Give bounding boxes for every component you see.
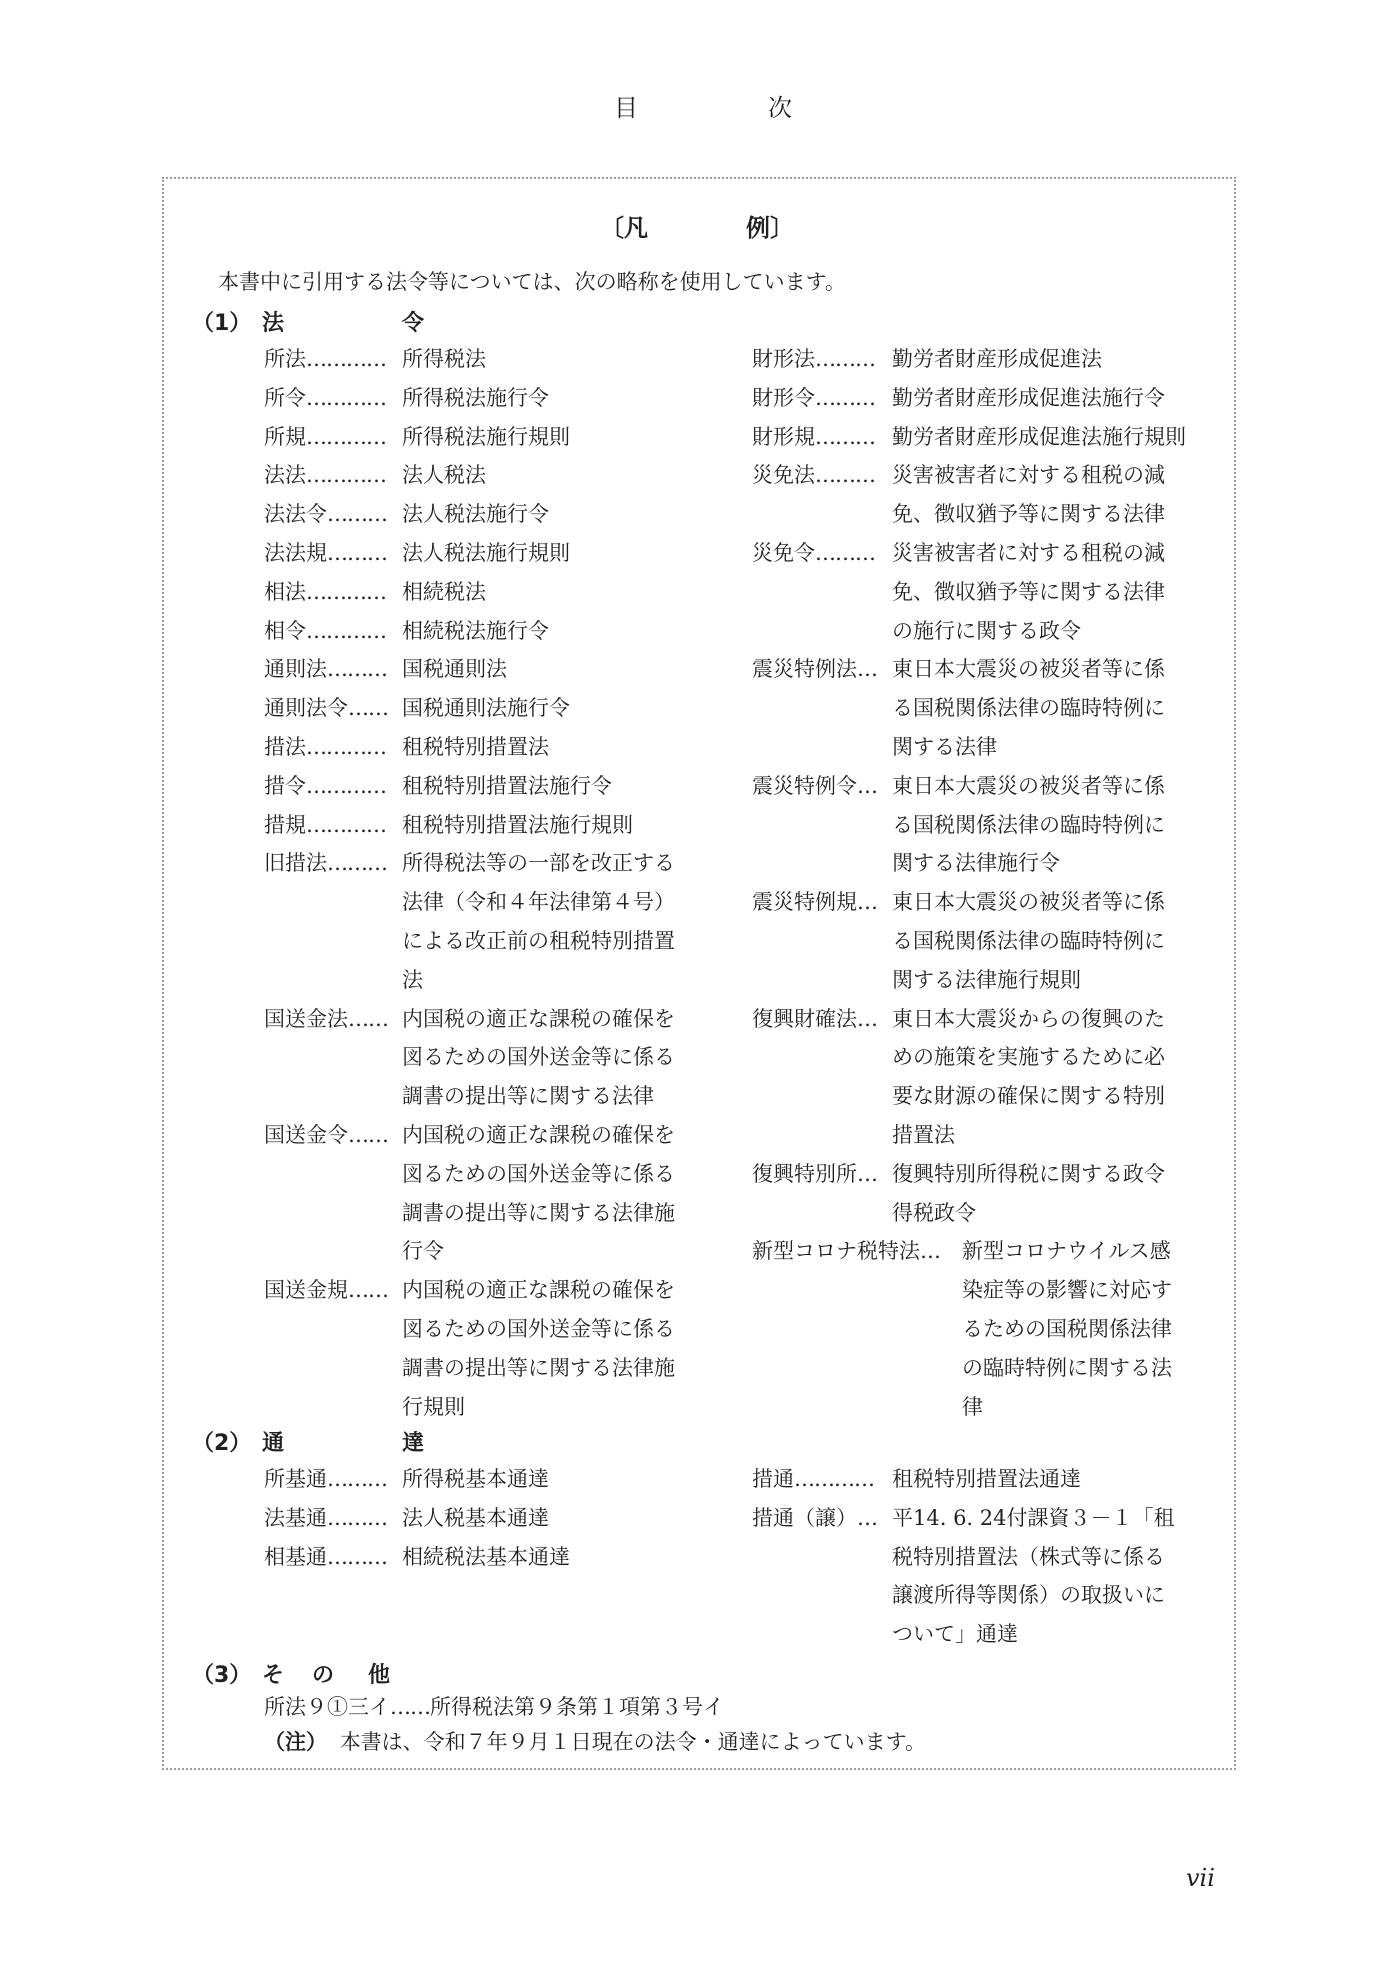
entry-abbr: 措通 [752, 1464, 794, 1494]
entry-definition-line: 災害被害者に対する租税の減 [892, 538, 1165, 568]
entry-leader-dots: ………… [306, 771, 386, 801]
entry-leader-dots: ……… [327, 848, 387, 878]
entry-definition-line: るための国税関係法律 [962, 1314, 1172, 1344]
abbreviation-entry: 所令………… [264, 383, 386, 413]
abbreviation-entry: 措通………… [752, 1464, 874, 1494]
entry-definition-line: 律 [962, 1392, 983, 1422]
section-heading-char: 達 [402, 1426, 424, 1457]
entry-leader-dots: … [857, 1159, 877, 1189]
entry-definition-line: ついて」通達 [892, 1619, 1018, 1649]
entry-leader-dots: ……… [815, 344, 875, 374]
abbreviation-entry: 財形令……… [752, 383, 875, 413]
entry-leader-dots: ………… [306, 344, 386, 374]
entry-abbr: 国送金規 [264, 1275, 348, 1305]
entry-leader-dots: ……… [815, 538, 875, 568]
entry-definition-line: 東日本大震災の被災者等に係 [892, 654, 1165, 684]
legend-title-char-1: 〔凡 [600, 208, 648, 243]
entry-definition-line: 法律（令和４年法律第４号） [402, 887, 675, 917]
abbreviation-entry: 災免法……… [752, 460, 875, 490]
abbreviation-entry: 災免令……… [752, 538, 875, 568]
abbreviation-entry: 復興財確法… [752, 1004, 877, 1034]
entry-definition-line: 法人税法 [402, 460, 486, 490]
other-example: 所法９①三イ……所得税法第９条第１項第３号イ [264, 1692, 724, 1722]
entry-abbr: 国送金令 [264, 1120, 348, 1150]
entry-definition-line: 復興特別所得税に関する政令 [892, 1159, 1165, 1189]
entry-abbr: 新型コロナ税特法 [752, 1236, 920, 1266]
abbreviation-entry: 法基通……… [264, 1503, 387, 1533]
entry-definition-line: 法人税法施行規則 [402, 538, 570, 568]
entry-definition-line: 法人税基本通達 [402, 1503, 549, 1533]
entry-definition-line: 図るための国外送金等に係る [402, 1314, 675, 1344]
entry-abbr: 法法規 [264, 538, 327, 568]
note-text: 本書は、令和７年９月１日現在の法令・通達によっています。 [340, 1730, 926, 1754]
abbreviation-entry: 措令………… [264, 771, 386, 801]
entry-abbr: 所法 [264, 344, 306, 374]
entry-leader-dots: ……… [815, 422, 875, 452]
entry-abbr: 震災特例規 [752, 887, 857, 917]
entry-definition-line: 措置法 [892, 1120, 955, 1150]
entry-abbr: 所令 [264, 383, 306, 413]
entry-leader-dots: … [857, 887, 877, 917]
entry-definition-line: る国税関係法律の臨時特例に [892, 810, 1165, 840]
entry-abbr: 旧措法 [264, 848, 327, 878]
abbreviation-entry: 旧措法……… [264, 848, 387, 878]
entry-definition-line: 東日本大震災の被災者等に係 [892, 771, 1165, 801]
entry-leader-dots: ………… [306, 577, 386, 607]
entry-abbr: 相法 [264, 577, 306, 607]
entry-abbr: 震災特例法 [752, 654, 857, 684]
example-abbr: 所法９①三イ [264, 1695, 390, 1719]
entry-leader-dots: …… [348, 1275, 388, 1305]
entry-definition-line: 得税政令 [892, 1198, 976, 1228]
entry-definition-line: 東日本大震災の被災者等に係 [892, 887, 1165, 917]
entry-definition-line: 相続税法 [402, 577, 486, 607]
entry-leader-dots: ……… [327, 1503, 387, 1533]
entry-definition-line: 国税通則法 [402, 654, 507, 684]
abbreviation-entry: 国送金規…… [264, 1275, 388, 1305]
entry-abbr: 通則法令 [264, 693, 348, 723]
entry-definition-line: 所得税法 [402, 344, 486, 374]
entry-abbr: 震災特例令 [752, 771, 857, 801]
entry-definition-line: 税特別措置法（株式等に係る [892, 1542, 1165, 1572]
entry-leader-dots: ……… [327, 538, 387, 568]
entry-leader-dots: ………… [306, 732, 386, 762]
note: （注） 本書は、令和７年９月１日現在の法令・通達によっています。 [264, 1726, 926, 1756]
entry-definition-line: 内国税の適正な課税の確保を [402, 1120, 675, 1150]
entry-abbr: 措法 [264, 732, 306, 762]
entry-abbr: 災免令 [752, 538, 815, 568]
entry-definition-line: 譲渡所得等関係）の取扱いに [892, 1580, 1165, 1610]
abbreviation-entry: 相基通……… [264, 1542, 387, 1572]
entry-definition-line: 内国税の適正な課税の確保を [402, 1004, 675, 1034]
entry-leader-dots: ……… [327, 499, 387, 529]
abbreviation-entry: 相令………… [264, 616, 386, 646]
abbreviation-entry: 相法………… [264, 577, 386, 607]
entry-abbr: 法基通 [264, 1503, 327, 1533]
entry-definition-line: による改正前の租税特別措置 [402, 926, 675, 956]
entry-definition-line: 関する法律 [892, 732, 997, 762]
entry-abbr: 復興財確法 [752, 1004, 857, 1034]
abbreviation-entry: 所法………… [264, 344, 386, 374]
section-number: （2） [192, 1426, 251, 1457]
entry-definition-line: 関する法律施行令 [892, 848, 1060, 878]
entry-abbr: 通則法 [264, 654, 327, 684]
intro-text: 本書中に引用する法令等については、次の略称を使用しています。 [218, 266, 846, 296]
section-heading-char: の [312, 1658, 334, 1689]
entry-definition-line: 法人税法施行令 [402, 499, 549, 529]
abbreviation-entry: 新型コロナ税特法… [752, 1236, 940, 1266]
entry-leader-dots: ………… [306, 460, 386, 490]
entry-definition-line: 所得税基本通達 [402, 1464, 549, 1494]
entry-definition-line: 勤労者財産形成促進法施行規則 [892, 422, 1186, 452]
entry-leader-dots: … [857, 771, 877, 801]
entry-leader-dots: ………… [306, 616, 386, 646]
entry-leader-dots: …… [348, 1004, 388, 1034]
entry-definition-line: 所得税法等の一部を改正する [402, 848, 675, 878]
entry-definition-line: 新型コロナウイルス感 [962, 1236, 1171, 1266]
entry-abbr: 所基通 [264, 1464, 327, 1494]
entry-abbr: 財形令 [752, 383, 815, 413]
entry-leader-dots: ………… [306, 383, 386, 413]
section-heading-char: そ [262, 1658, 284, 1689]
entry-definition-line: 租税特別措置法 [402, 732, 549, 762]
entry-leader-dots: ………… [306, 810, 386, 840]
entry-definition-line: 相続税法基本通達 [402, 1542, 570, 1572]
entry-definition-line: 勤労者財産形成促進法 [892, 344, 1102, 374]
entry-definition-line: の施行に関する政令 [892, 616, 1081, 646]
entry-abbr: 措令 [264, 771, 306, 801]
abbreviation-entry: 財形規……… [752, 422, 875, 452]
entry-definition-line: 所得税法施行規則 [402, 422, 570, 452]
entry-abbr: 相基通 [264, 1542, 327, 1572]
entry-definition-line: 行規則 [402, 1392, 465, 1422]
entry-leader-dots: ……… [327, 654, 387, 684]
entry-definition-line: 要な財源の確保に関する特別 [892, 1081, 1165, 1111]
entry-leader-dots: ……… [815, 383, 875, 413]
abbreviation-entry: 財形法……… [752, 344, 875, 374]
abbreviation-entry: 震災特例法… [752, 654, 877, 684]
entry-definition-line: 租税特別措置法通達 [892, 1464, 1081, 1494]
entry-leader-dots: …… [348, 1120, 388, 1150]
entry-definition-line: 図るための国外送金等に係る [402, 1159, 675, 1189]
entry-definition-line: る国税関係法律の臨時特例に [892, 926, 1165, 956]
entry-definition-line: 免、徴収猶予等に関する法律 [892, 577, 1165, 607]
entry-leader-dots: … [857, 654, 877, 684]
entry-definition-line: 調書の提出等に関する法律施 [402, 1198, 675, 1228]
section-number: （3） [192, 1658, 251, 1689]
page-title-char-2: 次 [768, 88, 792, 123]
section-heading-char: 令 [402, 306, 424, 337]
entry-definition-line: 相続税法施行令 [402, 616, 549, 646]
entry-definition-line: 免、徴収猶予等に関する法律 [892, 499, 1165, 529]
example-text: 所得税法第９条第１項第３号イ [430, 1695, 724, 1719]
abbreviation-entry: 法法令……… [264, 499, 387, 529]
entry-definition-line: 租税特別措置法施行令 [402, 771, 612, 801]
legend-title: 〔凡 例〕 [0, 208, 1400, 238]
entry-definition-line: 平14. 6. 24付課資３－１「租 [892, 1503, 1175, 1533]
entry-definition-line: 東日本大震災からの復興のた [892, 1004, 1165, 1034]
entry-definition-line: 租税特別措置法施行規則 [402, 810, 633, 840]
abbreviation-entry: 法法規……… [264, 538, 387, 568]
abbreviation-entry: 国送金法…… [264, 1004, 388, 1034]
entry-definition-line: 調書の提出等に関する法律 [402, 1081, 654, 1111]
entry-abbr: 復興特別所 [752, 1159, 857, 1189]
entry-definition-line: 勤労者財産形成促進法施行令 [892, 383, 1165, 413]
page-title-char-1: 目 [614, 88, 638, 123]
entry-leader-dots: ……… [815, 460, 875, 490]
example-dots: …… [390, 1692, 430, 1722]
entry-definition-line: 内国税の適正な課税の確保を [402, 1275, 675, 1305]
abbreviation-entry: 法法………… [264, 460, 386, 490]
entry-leader-dots: … [920, 1236, 940, 1266]
entry-leader-dots: … [857, 1004, 877, 1034]
section-heading-char: 通 [262, 1426, 284, 1457]
entry-definition-line: 染症等の影響に対応す [962, 1275, 1172, 1305]
entry-leader-dots: ………… [794, 1464, 874, 1494]
abbreviation-entry: 所規………… [264, 422, 386, 452]
entry-abbr: 措規 [264, 810, 306, 840]
entry-leader-dots: ……… [327, 1464, 387, 1494]
entry-definition-line: 法 [402, 965, 423, 995]
entry-abbr: 財形規 [752, 422, 815, 452]
entry-abbr: 措通（譲） [752, 1503, 857, 1533]
legend-title-char-2: 例〕 [746, 208, 794, 243]
entry-definition-line: 国税通則法施行令 [402, 693, 570, 723]
abbreviation-entry: 震災特例規… [752, 887, 877, 917]
entry-leader-dots: ………… [306, 422, 386, 452]
entry-definition-line: の臨時特例に関する法 [962, 1353, 1172, 1383]
entry-definition-line: 行令 [402, 1236, 444, 1266]
abbreviation-entry: 措通（譲）… [752, 1503, 877, 1533]
abbreviation-entry: 復興特別所… [752, 1159, 877, 1189]
abbreviation-entry: 措法………… [264, 732, 386, 762]
abbreviation-entry: 措規………… [264, 810, 386, 840]
abbreviation-entry: 通則法令…… [264, 693, 388, 723]
section-number: （1） [192, 306, 251, 337]
entry-abbr: 財形法 [752, 344, 815, 374]
note-label: （注） [264, 1730, 327, 1754]
abbreviation-entry: 震災特例令… [752, 771, 877, 801]
section-heading-char: 法 [262, 306, 284, 337]
entry-abbr: 所規 [264, 422, 306, 452]
entry-leader-dots: ……… [327, 1542, 387, 1572]
entry-abbr: 国送金法 [264, 1004, 348, 1034]
abbreviation-entry: 国送金令…… [264, 1120, 388, 1150]
entry-definition-line: る国税関係法律の臨時特例に [892, 693, 1165, 723]
entry-definition-line: めの施策を実施するために必 [892, 1042, 1165, 1072]
entry-abbr: 相令 [264, 616, 306, 646]
entry-abbr: 災免法 [752, 460, 815, 490]
abbreviation-entry: 所基通……… [264, 1464, 387, 1494]
entry-leader-dots: …… [348, 693, 388, 723]
page-number: vii [1186, 1864, 1215, 1892]
entry-leader-dots: … [857, 1503, 877, 1533]
entry-definition-line: 調書の提出等に関する法律施 [402, 1353, 675, 1383]
section-heading-char: 他 [368, 1658, 390, 1689]
entry-definition-line: 図るための国外送金等に係る [402, 1042, 675, 1072]
abbreviation-entry: 通則法……… [264, 654, 387, 684]
entry-abbr: 法法令 [264, 499, 327, 529]
entry-definition-line: 災害被害者に対する租税の減 [892, 460, 1165, 490]
entry-definition-line: 関する法律施行規則 [892, 965, 1081, 995]
entry-definition-line: 所得税法施行令 [402, 383, 549, 413]
entry-abbr: 法法 [264, 460, 306, 490]
